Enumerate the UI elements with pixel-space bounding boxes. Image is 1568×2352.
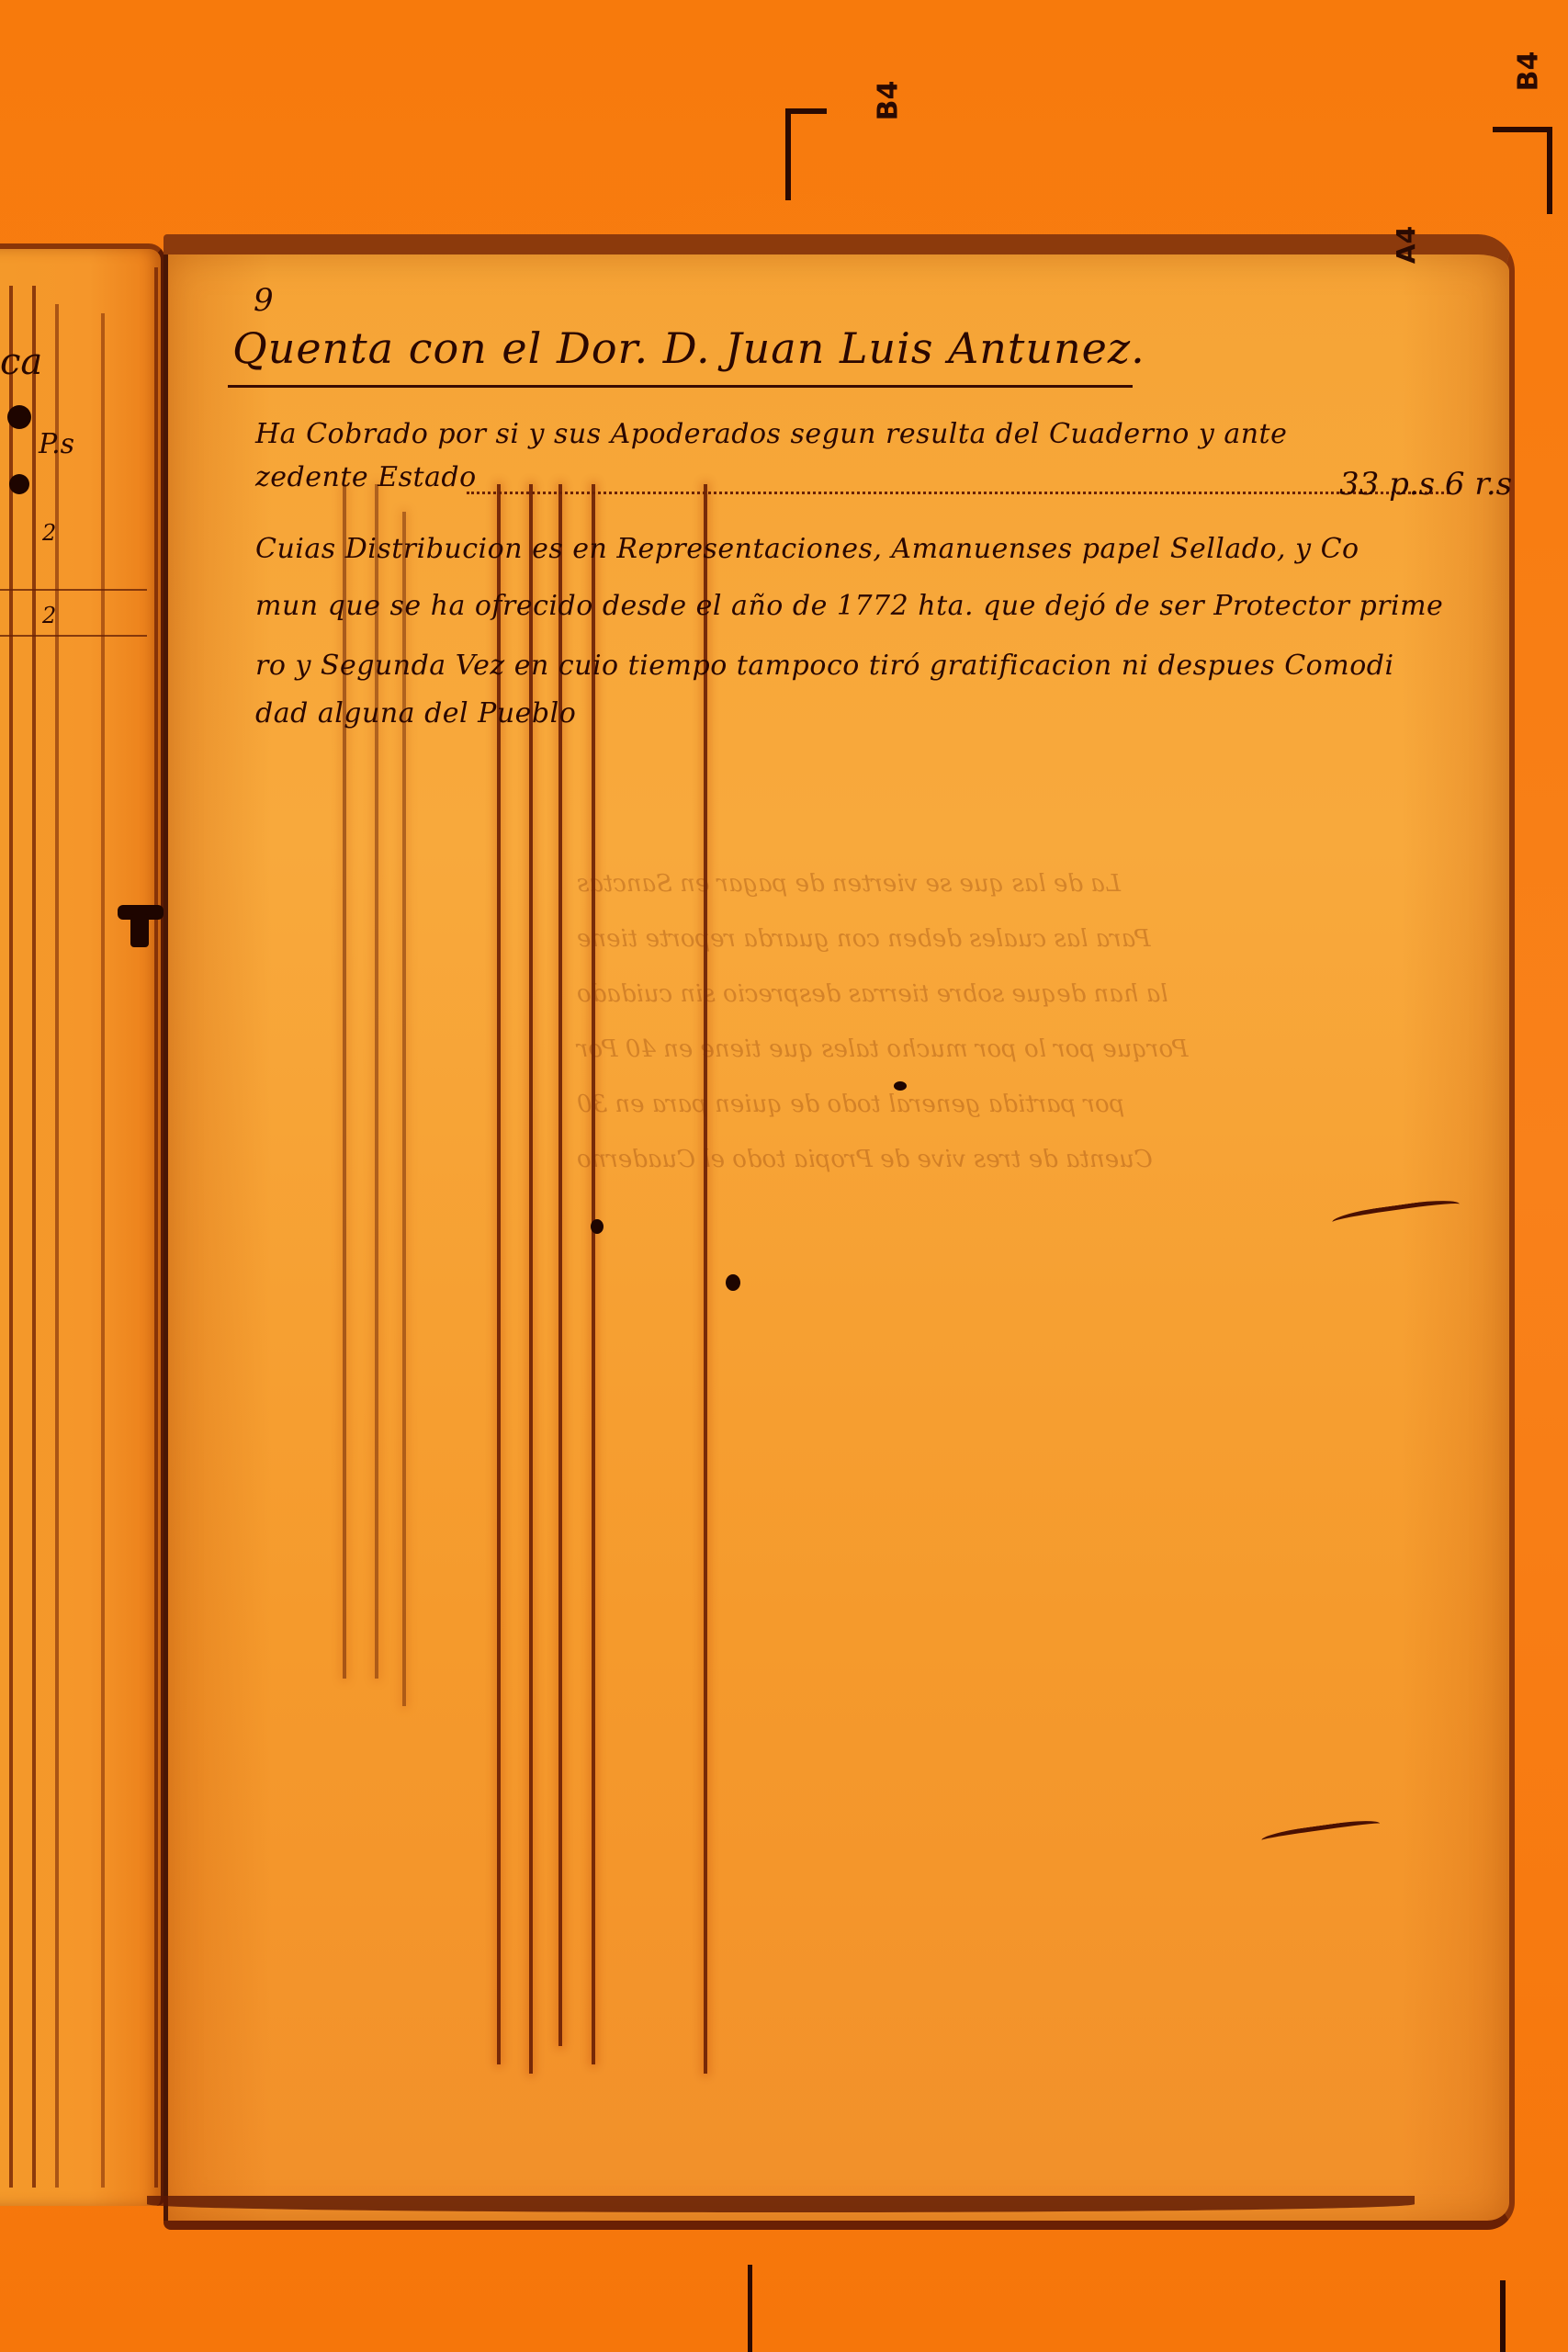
left-page: ca P.s 2 2 xyxy=(0,243,165,2206)
account-title: Quenta con el Dor. D. Juan Luis Antunez. xyxy=(232,323,1145,373)
crop-mark-top-left-vertical xyxy=(785,108,791,200)
crop-mark-top-left-horizontal xyxy=(785,108,827,114)
folio-mark: 9 xyxy=(254,282,274,319)
paragraph-2-line: Cuias Distribucion es en Representacione… xyxy=(255,533,1359,565)
crop-mark-bottom-right xyxy=(1500,2280,1506,2352)
margin-rule xyxy=(592,484,595,2064)
left-page-rule xyxy=(9,286,13,2188)
title-underline xyxy=(228,385,1133,388)
binding-clip xyxy=(130,914,149,947)
crop-mark-top-right-vertical xyxy=(1547,127,1552,214)
crop-label-top-right: B4 xyxy=(1512,51,1544,92)
ink-blot xyxy=(9,474,29,494)
bleed-through-line: La de las que se vierten de pagar en San… xyxy=(577,870,1121,898)
page-bottom-edge xyxy=(147,2196,1415,2212)
left-page-rule xyxy=(101,313,105,2188)
ink-blot xyxy=(726,1274,740,1291)
left-page-rule xyxy=(55,304,59,2188)
paragraph-1-line: Ha Cobrado por si y sus Apoderados segun… xyxy=(255,418,1287,450)
ink-stroke-mark xyxy=(1260,1817,1381,1849)
paragraph-2-line: mun que se ha ofrecido desde el año de 1… xyxy=(255,590,1443,622)
crop-mark-bottom-left xyxy=(748,2265,752,2352)
bleed-through-line: por partida general todo de quien para e… xyxy=(577,1091,1124,1118)
bleed-through-line: la han deque sobre tierras desprecio sin… xyxy=(577,980,1168,1008)
left-page-rule xyxy=(32,286,36,2188)
main-page: 9 Quenta con el Dor. D. Juan Luis Antune… xyxy=(164,234,1515,2230)
crop-mark-top-right-horizontal xyxy=(1493,127,1552,132)
page-left-edge xyxy=(164,254,168,2221)
bleed-through-line: Cuenta de tres vive de Propia todo el Cu… xyxy=(577,1146,1153,1173)
bleed-through-line: Porque por lo por mucho tales que tiene … xyxy=(577,1035,1189,1063)
left-page-row-line xyxy=(0,635,147,637)
ink-blot xyxy=(7,405,31,429)
crop-label-top-left: B4 xyxy=(872,81,904,121)
left-page-rule xyxy=(154,267,158,2188)
ink-blot xyxy=(591,1219,604,1234)
paragraph-2-line: dad alguna del Pueblo xyxy=(255,697,576,729)
paragraph-1-line: zedente Estado xyxy=(255,461,477,493)
crop-label-page-corner: A4 xyxy=(1391,226,1421,264)
left-page-row-line xyxy=(0,589,147,591)
left-page-entry: 2 xyxy=(42,603,56,628)
margin-rule xyxy=(402,512,406,1706)
left-page-currency-mark: P.s xyxy=(39,428,74,460)
ink-stroke-mark xyxy=(1331,1196,1461,1233)
paragraph-2-line: ro y Segunda Vez en cuio tiempo tampoco … xyxy=(255,650,1394,682)
left-page-fragment: ca xyxy=(0,341,42,383)
paragraph-1-amount: 33 p.s 6 r.s xyxy=(1339,466,1512,503)
leader-dots xyxy=(467,492,1450,494)
bleed-through-line: Para las cuales deben con guarda reporte… xyxy=(577,925,1151,953)
left-page-entry: 2 xyxy=(42,520,56,546)
ink-blot xyxy=(894,1081,907,1091)
margin-rule xyxy=(704,484,707,2074)
